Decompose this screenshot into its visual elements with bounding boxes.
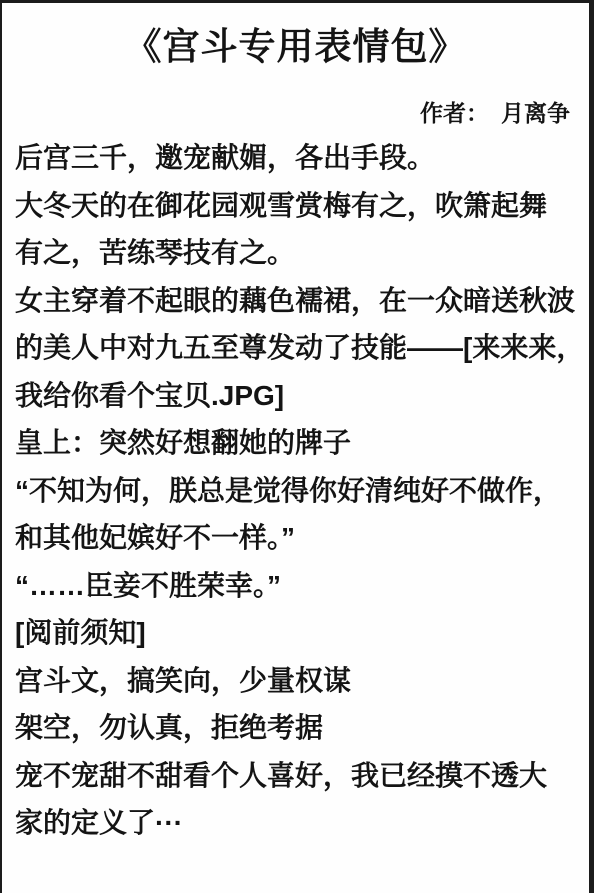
- text-line: 宫斗文，搞笑向，少量权谋: [15, 657, 579, 705]
- text-line: [阅前须知]: [15, 609, 579, 657]
- text-line: 有之，苦练琴技有之。: [15, 229, 579, 277]
- author-line: 作者：月离争: [2, 100, 589, 126]
- novel-intro-page: 《宫斗专用表情包》 作者：月离争 后宫三千，邀宠献媚，各出手段。大冬天的在御花园…: [0, 0, 594, 893]
- text-line: 大冬天的在御花园观雪赏梅有之，吹箫起舞: [15, 182, 579, 230]
- text-line: “不知为何，朕总是觉得你好清纯好不做作，: [15, 467, 579, 515]
- text-line: 皇上：突然好想翻她的牌子: [15, 419, 579, 467]
- novel-title: 《宫斗专用表情包》: [2, 20, 589, 72]
- text-line: 家的定义了···: [15, 799, 579, 847]
- author-name: 月离争: [501, 100, 570, 126]
- text-line: 架空，勿认真，拒绝考据: [15, 704, 579, 752]
- text-line: 后宫三千，邀宠献媚，各出手段。: [15, 134, 579, 182]
- text-line: 女主穿着不起眼的藕色襦裙，在一众暗送秋波: [15, 277, 579, 325]
- text-line: “……臣妾不胜荣幸。”: [15, 562, 579, 610]
- text-line: 的美人中对九五至尊发动了技能——[来来来，: [15, 324, 579, 372]
- body-text: 后宫三千，邀宠献媚，各出手段。大冬天的在御花园观雪赏梅有之，吹箫起舞有之，苦练琴…: [2, 134, 589, 847]
- text-line: 和其他妃嫔好不一样。”: [15, 514, 579, 562]
- author-label: 作者：: [420, 100, 489, 126]
- text-line: 宠不宠甜不甜看个人喜好，我已经摸不透大: [15, 752, 579, 800]
- text-line: 我给你看个宝贝.JPG]: [15, 372, 579, 420]
